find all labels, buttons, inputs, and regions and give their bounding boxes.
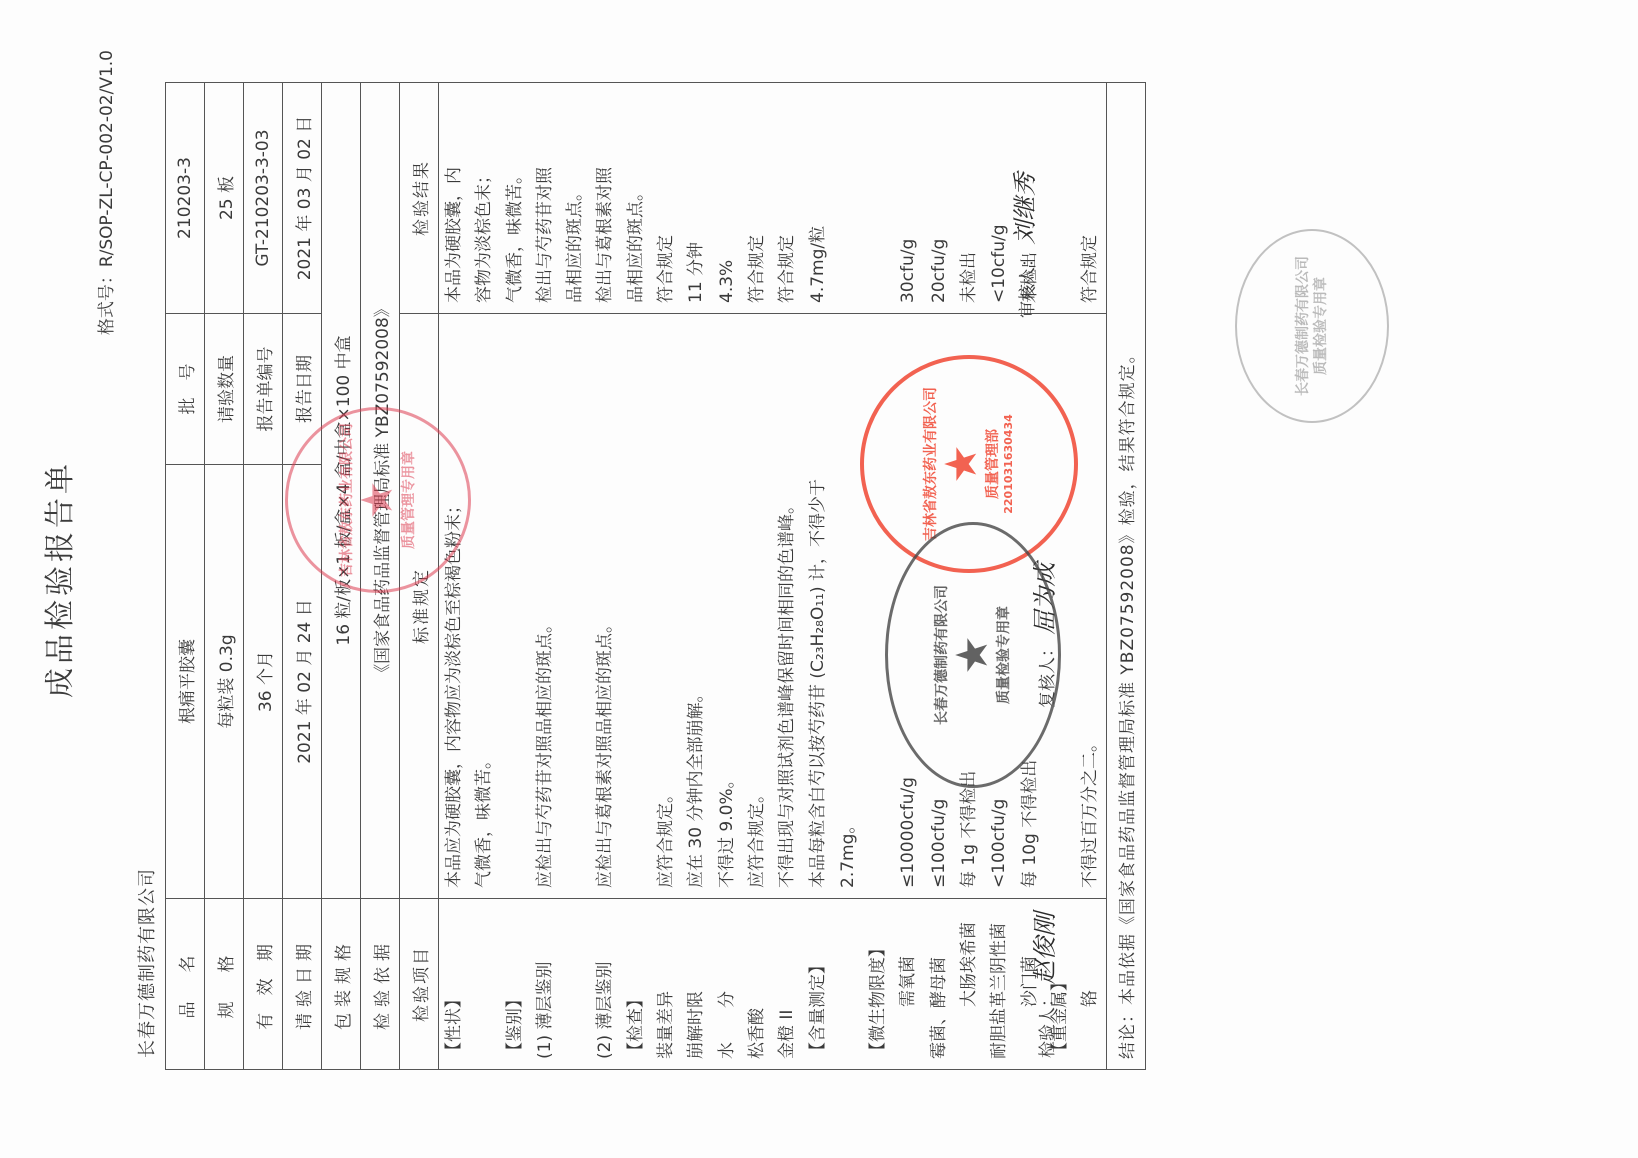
standards-column: 本品应为硬胶囊，内容物应为淡棕色至棕褐色粉末；气微香，味微苦。 应检出与芍药苷对… (439, 314, 1107, 899)
standards-line (560, 324, 590, 888)
standards-line: <100cfu/g (984, 324, 1014, 888)
items-line (469, 909, 499, 1059)
report-date: 2021 年 03 月 02 日 (283, 83, 322, 314)
column-header-item: 检验项目 (400, 899, 439, 1070)
standards-line: 应检出与芍药苷对照品相应的斑点。 (530, 324, 560, 888)
items-line: 需氧菌 (893, 909, 923, 1059)
items-line: 【性状】 (439, 909, 469, 1059)
results-line: 检出与芍药苷对照 (530, 93, 560, 303)
conclusion: 结论：本品依据《国家食品药品监督管理局标准 YBZ07592008》检验，结果符… (1106, 83, 1145, 1070)
report-no-label: 报告单编号 (244, 314, 283, 465)
reviewer-label: 复核人： (1038, 640, 1058, 708)
request-date: 2021 年 02 月 24 日 (283, 465, 322, 899)
inspector-signature: 检验人： 赵俊刚 (1025, 913, 1060, 1058)
items-line: 耐胆盐革兰阴性菌 (984, 909, 1014, 1059)
standards-line (500, 324, 530, 888)
package-value: 16 粒/板×1 板/盒×4 盒/中盒×100 中盒 (322, 83, 361, 899)
basis-label: 检验依据 (361, 899, 400, 1070)
approver-label: 审核人： (1018, 250, 1038, 318)
report-number: GT-210203-3-03 (244, 83, 283, 314)
standards-line: 2.7mg。 (833, 324, 863, 888)
results-line (863, 93, 893, 303)
results-line: 4.3% (712, 93, 742, 303)
results-line: 4.7mg/粒 (803, 93, 833, 303)
items-line: 【鉴别】 (500, 909, 530, 1059)
results-line (833, 93, 863, 303)
results-line: 容物为淡棕色末； (469, 93, 499, 303)
reviewer-signature: 复核人： 屈为成 (1025, 563, 1060, 708)
standards-line: ≤100cfu/g (924, 324, 954, 888)
results-line: 11 分钟 (681, 93, 711, 303)
results-line: 品相应的斑点。 (560, 93, 590, 303)
items-line: 铬 (1075, 909, 1105, 1059)
product-name: 根痛平胶囊 (166, 465, 205, 899)
request-date-label: 请验日期 (283, 899, 322, 1070)
inspection-report-page: 成品检验报告单 格式号：R/SOP-ZL-CP-002-02/V1.0 长春万德… (0, 0, 1638, 1158)
batch-number: 210203-3 (166, 83, 205, 314)
items-line: 松香酸 (742, 909, 772, 1059)
basis-value: 《国家食品药品监督管理局标准 YBZ07592008》 (361, 83, 400, 899)
results-line: 气微香，味微苦。 (500, 93, 530, 303)
results-line: 符合规定 (1075, 93, 1105, 303)
items-line: 霉菌、酵母菌 (924, 909, 954, 1059)
standards-line (863, 324, 893, 888)
items-line: 水 分 (712, 909, 742, 1059)
request-qty-label: 请验数量 (205, 314, 244, 465)
results-line: 未检出 (954, 93, 984, 303)
results-line: 符合规定 (772, 93, 802, 303)
results-line: 检出与葛根素对照 (590, 93, 620, 303)
items-line: 崩解时限 (681, 909, 711, 1059)
items-line: (2) 薄层鉴别 (590, 909, 620, 1059)
items-line: (1) 薄层鉴别 (530, 909, 560, 1059)
standards-line: 每 1g 不得检出 (954, 324, 984, 888)
approver-name: 刘继秀 (1011, 173, 1039, 245)
column-header-standard: 标准规定 (400, 314, 439, 899)
company-name: 长春万德制药有限公司 (133, 868, 159, 1058)
product-name-label: 品 名 (166, 899, 205, 1070)
standards-line: 本品应为硬胶囊，内容物应为淡棕色至棕褐色粉末； (439, 324, 469, 888)
items-line (833, 909, 863, 1059)
results-line: 本品为硬胶囊，内 (439, 93, 469, 303)
results-line: 符合规定 (651, 93, 681, 303)
items-line: 【检查】 (621, 909, 651, 1059)
standards-line: 应符合规定。 (742, 324, 772, 888)
reviewer-name: 屈为成 (1031, 563, 1059, 635)
standards-line: 应符合规定。 (651, 324, 681, 888)
validity-value: 36 个月 (244, 465, 283, 899)
request-qty: 25 板 (205, 83, 244, 314)
results-line: 符合规定 (742, 93, 772, 303)
standards-line: 不得过百万分之二。 (1075, 324, 1105, 888)
results-line: 20cfu/g (924, 93, 954, 303)
inspector-name: 赵俊刚 (1031, 913, 1059, 985)
standards-line: 应检出与葛根素对照品相应的斑点。 (590, 324, 620, 888)
batch-label: 批 号 (166, 314, 205, 465)
standards-line: 不得过 9.0%。 (712, 324, 742, 888)
report-title: 成品检验报告单 (35, 0, 79, 1158)
standards-line: 不得出现与对照试剂色谱峰保留时间相同的色谱峰。 (772, 324, 802, 888)
standards-line: 本品每粒含白芍以按芍药苷 (C₂₃H₂₈O₁₁) 计，不得少于 (803, 324, 833, 888)
approver-signature: 审核人： 刘继秀 (1005, 173, 1040, 318)
standards-line: ≤10000cfu/g (893, 324, 923, 888)
inspector-label: 检验人： (1038, 990, 1058, 1058)
results-line (1045, 93, 1075, 303)
standards-line: 气微香，味微苦。 (469, 324, 499, 888)
inspection-items-column: 【性状】 【鉴别】(1) 薄层鉴别 (2) 薄层鉴别【检查】装量差异崩解时限水 … (439, 899, 1107, 1070)
standards-line: 应在 30 分钟内全部崩解。 (681, 324, 711, 888)
spec-label: 规 格 (205, 899, 244, 1070)
report-table: 品 名 根痛平胶囊 批 号 210203-3 规 格 每粒装 0.3g 请验数量… (165, 82, 1146, 1070)
items-line (560, 909, 590, 1059)
results-line: 品相应的斑点。 (621, 93, 651, 303)
package-label: 包装规格 (322, 899, 361, 1070)
items-line: 【微生物限度】 (863, 909, 893, 1059)
spec-value: 每粒装 0.3g (205, 465, 244, 899)
validity-label: 有 效 期 (244, 899, 283, 1070)
items-line: 【含量测定】 (803, 909, 833, 1059)
faded-oval-seal: 长春万德制药有限公司 质量检验专用章 (1235, 229, 1389, 423)
items-line: 装量差异 (651, 909, 681, 1059)
column-header-result: 检验结果 (400, 83, 439, 314)
format-number: 格式号：R/SOP-ZL-CP-002-02/V1.0 (92, 50, 117, 335)
items-line: 大肠埃希菌 (954, 909, 984, 1059)
items-line: 金橙 II (772, 909, 802, 1059)
report-date-label: 报告日期 (283, 314, 322, 465)
results-line: 30cfu/g (893, 93, 923, 303)
standards-line (621, 324, 651, 888)
